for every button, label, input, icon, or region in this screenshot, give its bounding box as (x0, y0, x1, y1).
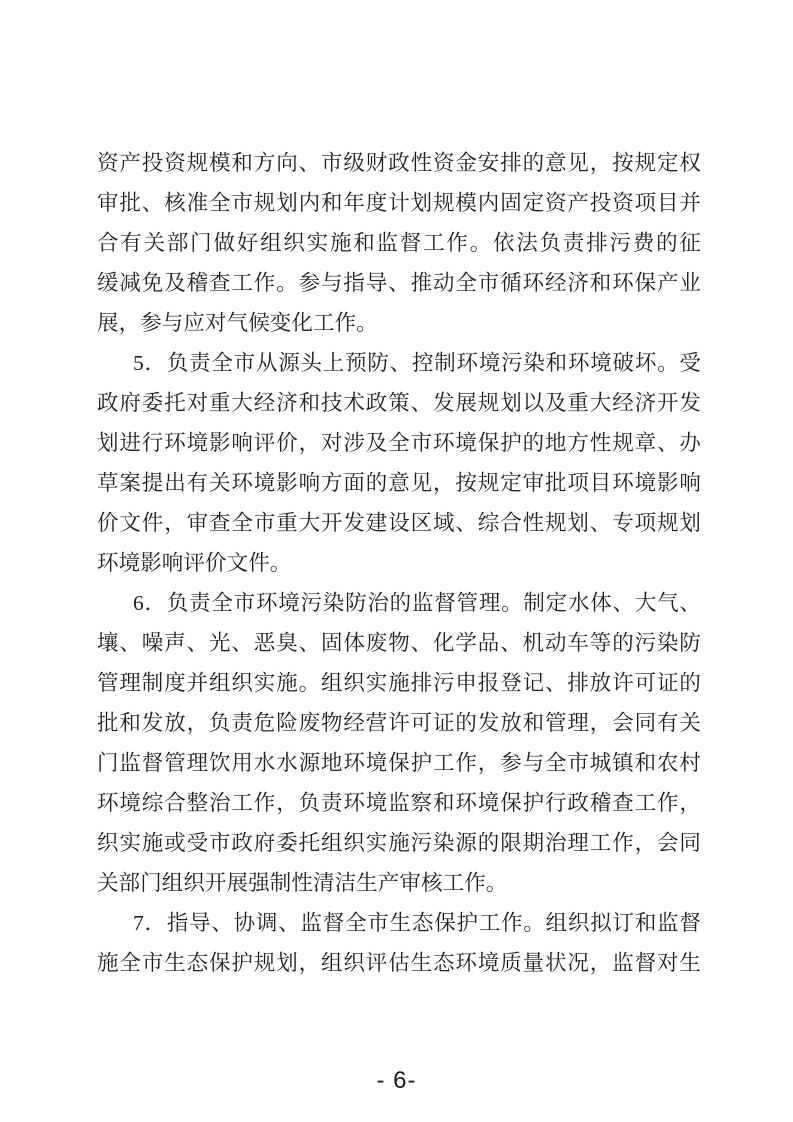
document-body: 资产投资规模和方向、市级财政性资金安排的意见，按规定权限审批、核准全市规划内和年… (97, 143, 701, 983)
para-item-6: 6．负责全市环境污染防治的监督管理。制定水体、大气、土壤、噪声、光、恶臭、固体废… (97, 583, 701, 903)
text-line: 门监督管理饮用水水源地环境保护工作，参与全市城镇和农村的 (97, 743, 701, 783)
text-line: 资产投资规模和方向、市级财政性资金安排的意见，按规定权限 (97, 143, 701, 183)
text-line: 关部门组织开展强制性清洁生产审核工作。 (97, 863, 701, 903)
text-line: 管理制度并组织实施。组织实施排污申报登记、排放许可证的审 (97, 663, 701, 703)
text-line: 合有关部门做好组织实施和监督工作。依法负责排污费的征收、 (97, 223, 701, 263)
document-page: { "document": { "page_number": "- 6-", "… (0, 0, 793, 1122)
text-line: 价文件，审查全市重大开发建设区域、综合性规划、专项规划的 (97, 503, 701, 543)
text-line: 施全市生态保护规划，组织评估生态环境质量状况，监督对生态 (97, 943, 701, 983)
text-line: 审批、核准全市规划内和年度计划规模内固定资产投资项目并配 (97, 183, 701, 223)
text-line: 缓减免及稽查工作。参与指导、推动全市循环经济和环保产业发 (97, 263, 701, 303)
text-line: 划进行环境影响评价，对涉及全市环境保护的地方性规章、办法 (97, 423, 701, 463)
text-line: 环境综合整治工作，负责环境监察和环境保护行政稽查工作，组 (97, 783, 701, 823)
text-line: 环境影响评价文件。 (97, 543, 701, 583)
text-line: 批和发放，负责危险废物经营许可证的发放和管理，会同有关部 (97, 703, 701, 743)
para-item-7: 7．指导、协调、监督全市生态保护工作。组织拟订和监督实施全市生态保护规划，组织评… (97, 903, 701, 983)
para-continuation: 资产投资规模和方向、市级财政性资金安排的意见，按规定权限审批、核准全市规划内和年… (97, 143, 701, 343)
text-line: 壤、噪声、光、恶臭、固体废物、化学品、机动车等的污染防治 (97, 623, 701, 663)
text-line: 织实施或受市政府委托组织实施污染源的限期治理工作，会同有 (97, 823, 701, 863)
text-line: 6．负责全市环境污染防治的监督管理。制定水体、大气、土 (97, 583, 701, 623)
text-line: 政府委托对重大经济和技术政策、发展规划以及重大经济开发计 (97, 383, 701, 423)
page-sheet: 资产投资规模和方向、市级财政性资金安排的意见，按规定权限审批、核准全市规划内和年… (0, 0, 793, 1122)
text-line: 展，参与应对气候变化工作。 (97, 303, 701, 343)
text-line: 7．指导、协调、监督全市生态保护工作。组织拟订和监督实 (97, 903, 701, 943)
para-item-5: 5．负责全市从源头上预防、控制环境污染和环境破坏。受市政府委托对重大经济和技术政… (97, 343, 701, 583)
text-line: 5．负责全市从源头上预防、控制环境污染和环境破坏。受市 (97, 343, 701, 383)
page-number: - 6- (0, 1068, 793, 1094)
text-line: 草案提出有关环境影响方面的意见，按规定审批项目环境影响评 (97, 463, 701, 503)
